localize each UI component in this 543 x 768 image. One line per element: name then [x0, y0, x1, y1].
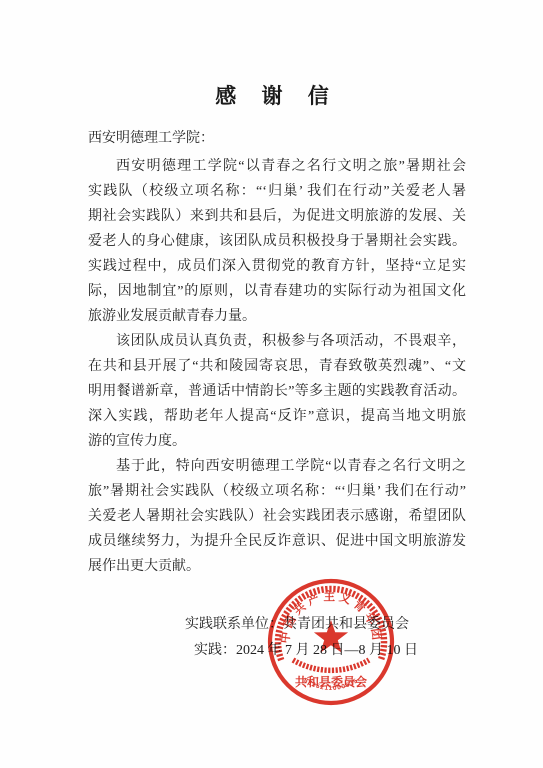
salutation: 西安明德理工学院： — [88, 126, 466, 151]
body-line: 该团队成员认真负责，积极参与各项活动，不畏艰辛， — [88, 329, 466, 354]
body-line: 明用餐谱新章，普通话中情韵长”等多主题的实践教育活动。 — [88, 379, 466, 404]
paragraph: 该团队成员认真负责，积极参与各项活动，不畏艰辛，在共和县开展了“共和陵园寄哀思，… — [88, 329, 466, 454]
signature-contact-line: 实践联系单位：共青团共和县委员会 — [185, 612, 466, 638]
body-line: 旅游业发展贡献青春力量。 — [88, 304, 466, 329]
body-line: 深入实践，帮助老年人提高“反诈”意识，提高当地文明旅 — [88, 404, 466, 429]
paragraphs-container: 西安明德理工学院“以青春之名行文明之旅”暑期社会实践队（校级立项名称：“‘归巢’… — [88, 154, 466, 579]
body-line: 爱老人的身心健康，该团队成员积极投身于暑期社会实践。 — [88, 229, 466, 254]
seal-bottom-text: 共和县委员会 — [295, 674, 367, 689]
letter-page: 感 谢 信 西安明德理工学院： 西安明德理工学院“以青春之名行文明之旅”暑期社会… — [0, 0, 543, 768]
body-line: 成员继续努力，为提升全民反诈意识、促进中国文明旅游发 — [88, 529, 466, 554]
body-line: 旅”暑期社会实践队（校级立项名称：“‘归巢’ 我们在行动” — [88, 479, 466, 504]
body-line: 基于此，特向西安明德理工学院“以青春之名行文明之 — [88, 454, 466, 479]
body-line: 游的宣传力度。 — [88, 429, 466, 454]
signature-date-line: 实践：2024 年 7 月 28 日—8 月 10 日 — [194, 638, 466, 664]
signature-block: 实践联系单位：共青团共和县委员会 实践：2024 年 7 月 28 日—8 月 … — [88, 612, 466, 664]
paragraph: 基于此，特向西安明德理工学院“以青春之名行文明之旅”暑期社会实践队（校级立项名称… — [88, 454, 466, 579]
body-line: 期社会实践队）来到共和县后，为促进文明旅游的发展、关 — [88, 204, 466, 229]
body-line: 实践队（校级立项名称：“‘归巢’ 我们在行动”关爱老人暑 — [88, 179, 466, 204]
body-line: 在共和县开展了“共和陵园寄哀思，青春致敬英烈魂”、“文 — [88, 354, 466, 379]
body-line: 关爱老人暑期社会实践队）社会实践团表示感谢，希望团队 — [88, 504, 466, 529]
body-line: 展作出更大贡献。 — [88, 554, 466, 579]
body-line: 际，因地制宜”的原则，以青春建功的实际行动为祖国文化 — [88, 279, 466, 304]
paragraph: 西安明德理工学院“以青春之名行文明之旅”暑期社会实践队（校级立项名称：“‘归巢’… — [88, 154, 466, 329]
letter-title: 感 谢 信 — [88, 80, 466, 110]
body-line: 实践过程中，成员们深入贯彻党的教育方针，坚持“立足实 — [88, 254, 466, 279]
body-line: 西安明德理工学院“以青春之名行文明之旅”暑期社会 — [88, 154, 466, 179]
letter-body: 感 谢 信 西安明德理工学院： 西安明德理工学院“以青春之名行文明之旅”暑期社会… — [88, 80, 466, 579]
seal-serial-number: 6325211000635 — [302, 677, 359, 692]
